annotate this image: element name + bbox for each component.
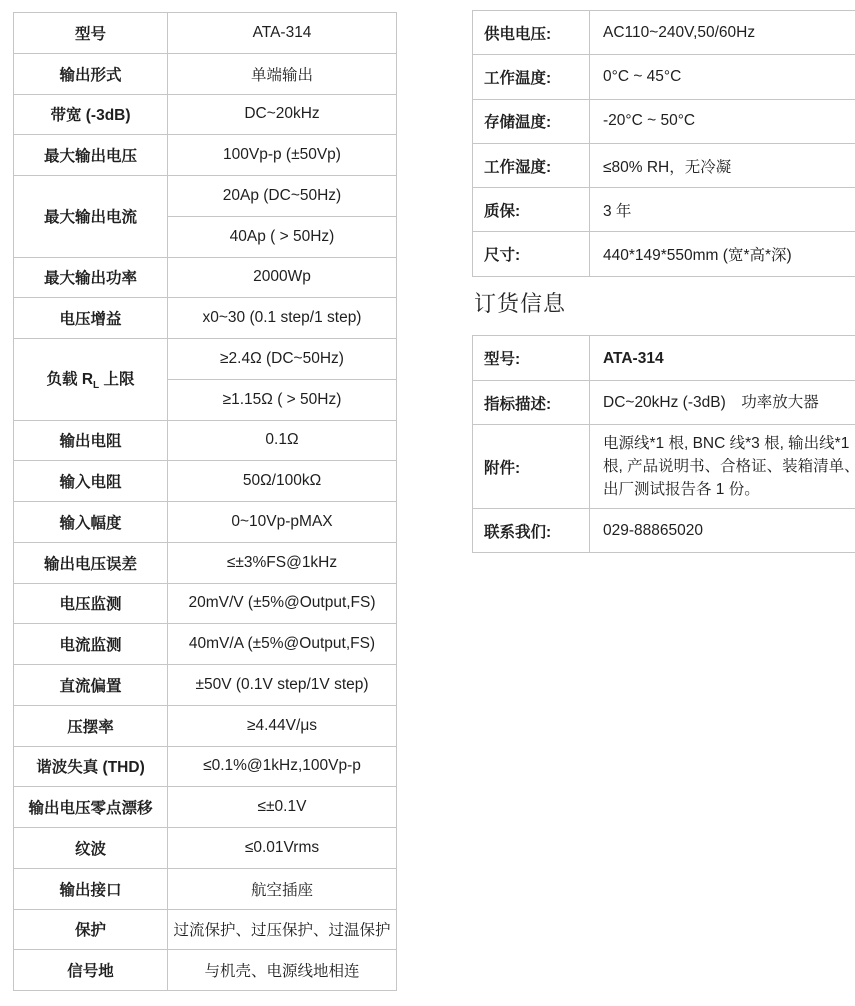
spec-label-cell: 压摆率 bbox=[14, 705, 168, 746]
general-spec-row-value: AC110~240V,50/60Hz bbox=[590, 11, 855, 55]
general-spec-row-label: 供电电压: bbox=[473, 11, 590, 55]
spec-value-cell: 0.1Ω bbox=[168, 420, 397, 461]
general-spec-row: 工作湿度:≤80% RH，无冷凝 bbox=[473, 143, 855, 187]
spec-value-cell: DC~20kHz bbox=[168, 94, 397, 135]
ordering-info-row: 指标描述:DC~20kHz (-3dB) 功率放大器 bbox=[473, 381, 855, 425]
general-spec-row-value: ≤80% RH，无冷凝 bbox=[590, 143, 855, 187]
spec-value-cell: 0~10Vp-pMAX bbox=[168, 502, 397, 543]
general-spec-row-value: 0°C ~ 45°C bbox=[590, 55, 855, 99]
spec-value-cell: ≤0.01Vrms bbox=[168, 828, 397, 869]
spec-row: 输出电压零点漂移≤±0.1V bbox=[14, 787, 397, 828]
spec-label-cell: 电压增益 bbox=[14, 298, 168, 339]
spec-row: 最大输出电流20Ap (DC~50Hz) bbox=[14, 176, 397, 217]
spec-row: 最大输出功率2000Wp bbox=[14, 257, 397, 298]
spec-row: 信号地与机壳、电源线地相连 bbox=[14, 950, 397, 991]
spec-label-cell: 输入幅度 bbox=[14, 502, 168, 543]
spec-label-cell: 负载 RL 上限 bbox=[14, 339, 168, 421]
spec-value-cell: ≤0.1%@1kHz,100Vp-p bbox=[168, 746, 397, 787]
spec-value-cell: ≥4.44V/μs bbox=[168, 705, 397, 746]
spec-value-cell: 与机壳、电源线地相连 bbox=[168, 950, 397, 991]
ordering-info-row: 附件:电源线*1 根, BNC 线*3 根, 输出线*1 根, 产品说明书、合格… bbox=[473, 425, 855, 509]
spec-value-cell: 50Ω/100kΩ bbox=[168, 461, 397, 502]
general-spec-row-value: -20°C ~ 50°C bbox=[590, 99, 855, 143]
spec-value-cell: 100Vp-p (±50Vp) bbox=[168, 135, 397, 176]
spec-row: 输出接口航空插座 bbox=[14, 868, 397, 909]
spec-value-cell: 过流保护、过压保护、过温保护 bbox=[168, 909, 397, 950]
spec-label-cell: 电压监测 bbox=[14, 583, 168, 624]
spec-row: 压摆率≥4.44V/μs bbox=[14, 705, 397, 746]
spec-label-cell: 谐波失真 (THD) bbox=[14, 746, 168, 787]
spec-row: 电压增益x0~30 (0.1 step/1 step) bbox=[14, 298, 397, 339]
spec-label-cell: 带宽 (-3dB) bbox=[14, 94, 168, 135]
spec-row: 带宽 (-3dB)DC~20kHz bbox=[14, 94, 397, 135]
ordering-info-row-label: 联系我们: bbox=[473, 509, 590, 553]
spec-row: 电流监测40mV/A (±5%@Output,FS) bbox=[14, 624, 397, 665]
spec-row: 电压监测20mV/V (±5%@Output,FS) bbox=[14, 583, 397, 624]
spec-label-cell: 直流偏置 bbox=[14, 665, 168, 706]
spec-row: 纹波≤0.01Vrms bbox=[14, 828, 397, 869]
ordering-info-row-value: ATA-314 bbox=[590, 336, 855, 381]
general-spec-row-label: 工作温度: bbox=[473, 55, 590, 99]
spec-label-cell: 信号地 bbox=[14, 950, 168, 991]
spec-value-cell: 40mV/A (±5%@Output,FS) bbox=[168, 624, 397, 665]
main-spec-table: 型号ATA-314输出形式单端输出带宽 (-3dB)DC~20kHz最大输出电压… bbox=[13, 12, 397, 991]
general-spec-row-value: 440*149*550mm (宽*高*深) bbox=[590, 232, 855, 276]
general-spec-row-label: 存储温度: bbox=[473, 99, 590, 143]
spec-row: 直流偏置±50V (0.1V step/1V step) bbox=[14, 665, 397, 706]
spec-row: 输出形式单端输出 bbox=[14, 53, 397, 94]
spec-label-cell: 最大输出电流 bbox=[14, 176, 168, 258]
spec-value-cell: ≥2.4Ω (DC~50Hz) bbox=[168, 339, 397, 380]
spec-value-cell: 2000Wp bbox=[168, 257, 397, 298]
general-spec-table: 供电电压:AC110~240V,50/60Hz工作温度:0°C ~ 45°C存储… bbox=[472, 10, 855, 277]
spec-value-cell: 20Ap (DC~50Hz) bbox=[168, 176, 397, 217]
spec-row: 保护过流保护、过压保护、过温保护 bbox=[14, 909, 397, 950]
spec-row: 谐波失真 (THD)≤0.1%@1kHz,100Vp-p bbox=[14, 746, 397, 787]
general-spec-row-label: 工作湿度: bbox=[473, 143, 590, 187]
ordering-info-row-value: 电源线*1 根, BNC 线*3 根, 输出线*1 根, 产品说明书、合格证、装… bbox=[590, 425, 855, 509]
general-spec-row-label: 尺寸: bbox=[473, 232, 590, 276]
spec-value-cell: ±50V (0.1V step/1V step) bbox=[168, 665, 397, 706]
spec-value-cell: 20mV/V (±5%@Output,FS) bbox=[168, 583, 397, 624]
spec-row: 输出电压误差≤±3%FS@1kHz bbox=[14, 542, 397, 583]
spec-row: 输出电阻0.1Ω bbox=[14, 420, 397, 461]
general-spec-row: 工作温度:0°C ~ 45°C bbox=[473, 55, 855, 99]
ordering-info-row: 联系我们:029-88865020 bbox=[473, 509, 855, 553]
general-spec-row: 尺寸:440*149*550mm (宽*高*深) bbox=[473, 232, 855, 276]
spec-label-cell: 输入电阻 bbox=[14, 461, 168, 502]
general-spec-row: 供电电压:AC110~240V,50/60Hz bbox=[473, 11, 855, 55]
general-spec-row-label: 质保: bbox=[473, 188, 590, 232]
spec-label-cell: 电流监测 bbox=[14, 624, 168, 665]
spec-value-cell: 40Ap ( > 50Hz) bbox=[168, 216, 397, 257]
spec-label-cell: 保护 bbox=[14, 909, 168, 950]
spec-value-cell: 航空插座 bbox=[168, 868, 397, 909]
spec-value-cell: ≥1.15Ω ( > 50Hz) bbox=[168, 379, 397, 420]
spec-label-cell: 型号 bbox=[14, 13, 168, 54]
spec-label-cell: 输出接口 bbox=[14, 868, 168, 909]
ordering-info-row-label: 型号: bbox=[473, 336, 590, 381]
spec-label-cell: 输出电压误差 bbox=[14, 542, 168, 583]
spec-sheet-page: 型号ATA-314输出形式单端输出带宽 (-3dB)DC~20kHz最大输出电压… bbox=[0, 0, 855, 1006]
ordering-info-row: 型号:ATA-314 bbox=[473, 336, 855, 381]
spec-label-cell: 纹波 bbox=[14, 828, 168, 869]
general-spec-row: 质保:3 年 bbox=[473, 188, 855, 232]
ordering-info-row-label: 附件: bbox=[473, 425, 590, 509]
ordering-info-row-value: DC~20kHz (-3dB) 功率放大器 bbox=[590, 381, 855, 425]
spec-value-cell: 单端输出 bbox=[168, 53, 397, 94]
spec-row: 负载 RL 上限≥2.4Ω (DC~50Hz) bbox=[14, 339, 397, 380]
spec-label-cell: 最大输出电压 bbox=[14, 135, 168, 176]
spec-value-cell: ATA-314 bbox=[168, 13, 397, 54]
spec-row: 型号ATA-314 bbox=[14, 13, 397, 54]
spec-value-cell: ≤±0.1V bbox=[168, 787, 397, 828]
spec-row: 输入幅度0~10Vp-pMAX bbox=[14, 502, 397, 543]
spec-row: 输入电阻50Ω/100kΩ bbox=[14, 461, 397, 502]
spec-label-cell: 最大输出功率 bbox=[14, 257, 168, 298]
spec-label-cell: 输出形式 bbox=[14, 53, 168, 94]
ordering-info-row-label: 指标描述: bbox=[473, 381, 590, 425]
spec-label-cell: 输出电压零点漂移 bbox=[14, 787, 168, 828]
spec-value-cell: x0~30 (0.1 step/1 step) bbox=[168, 298, 397, 339]
ordering-info-row-value: 029-88865020 bbox=[590, 509, 855, 553]
general-spec-row: 存储温度:-20°C ~ 50°C bbox=[473, 99, 855, 143]
general-spec-row-value: 3 年 bbox=[590, 188, 855, 232]
spec-value-cell: ≤±3%FS@1kHz bbox=[168, 542, 397, 583]
ordering-info-table: 型号:ATA-314指标描述:DC~20kHz (-3dB) 功率放大器附件:电… bbox=[472, 335, 855, 553]
spec-label-cell: 输出电阻 bbox=[14, 420, 168, 461]
spec-row: 最大输出电压100Vp-p (±50Vp) bbox=[14, 135, 397, 176]
ordering-info-heading: 订货信息 bbox=[474, 287, 566, 318]
